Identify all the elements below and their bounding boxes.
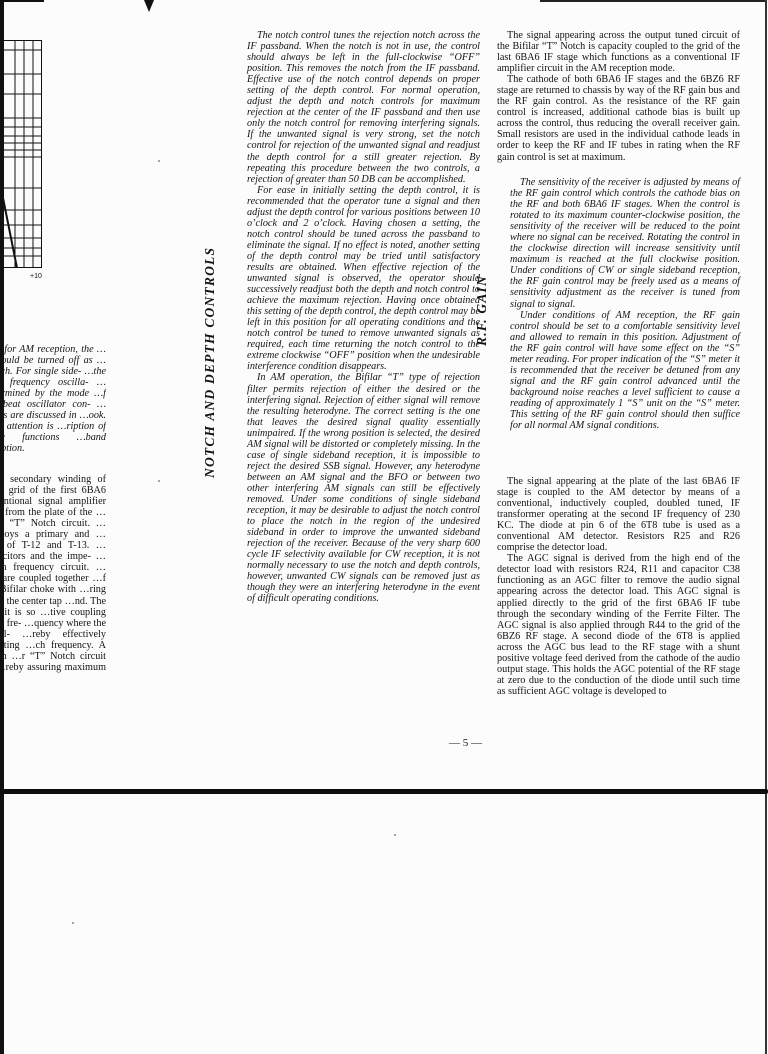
scan-speck xyxy=(394,834,396,836)
scan-speck xyxy=(72,922,74,924)
paragraph: The notch control tunes the rejection no… xyxy=(247,30,480,185)
page-top-right-edge xyxy=(540,0,766,2)
right-text-column-top: The signal appearing across the output t… xyxy=(497,30,740,163)
paragraph: In AM operation, the Bifilar “T” type of… xyxy=(247,372,480,604)
paragraph: …he secondary winding of …he grid of the… xyxy=(0,474,106,684)
frequency-response-graph xyxy=(3,40,42,268)
tear-mark-icon xyxy=(144,0,154,12)
middle-text-column: The notch control tunes the rejection no… xyxy=(247,30,480,604)
page-fold-line xyxy=(0,789,768,794)
paragraph: Under conditions of AM reception, the RF… xyxy=(510,310,740,432)
scan-speck xyxy=(158,480,160,482)
right-text-column-bottom: The signal appearing at the plate of the… xyxy=(497,476,740,697)
paragraph: For ease in initially setting the depth … xyxy=(247,185,480,373)
page-top-edge xyxy=(2,0,44,2)
left-column-fragment-italic: …at for AM reception, the …r should be t… xyxy=(0,344,106,454)
paragraph: The cathode of both 6BA6 IF stages and t… xyxy=(497,74,740,162)
rf-gain-section-text: The sensitivity of the receiver is adjus… xyxy=(510,177,740,431)
graph-axis-label: +10 xyxy=(30,273,42,280)
paragraph: The sensitivity of the receiver is adjus… xyxy=(510,177,740,310)
paragraph: …at for AM reception, the …r should be t… xyxy=(0,344,106,454)
section-heading-notch-depth: NOTCH AND DEPTH CONTROLS xyxy=(202,256,218,478)
scan-speck xyxy=(158,160,160,162)
page-number: — 5 — xyxy=(449,737,482,749)
paragraph: The signal appearing across the output t… xyxy=(497,30,740,74)
paragraph: The AGC signal is derived from the high … xyxy=(497,553,740,697)
left-column-fragment: …he secondary winding of …he grid of the… xyxy=(0,474,106,684)
page-right-edge xyxy=(765,0,767,1054)
paragraph: The signal appearing at the plate of the… xyxy=(497,476,740,553)
